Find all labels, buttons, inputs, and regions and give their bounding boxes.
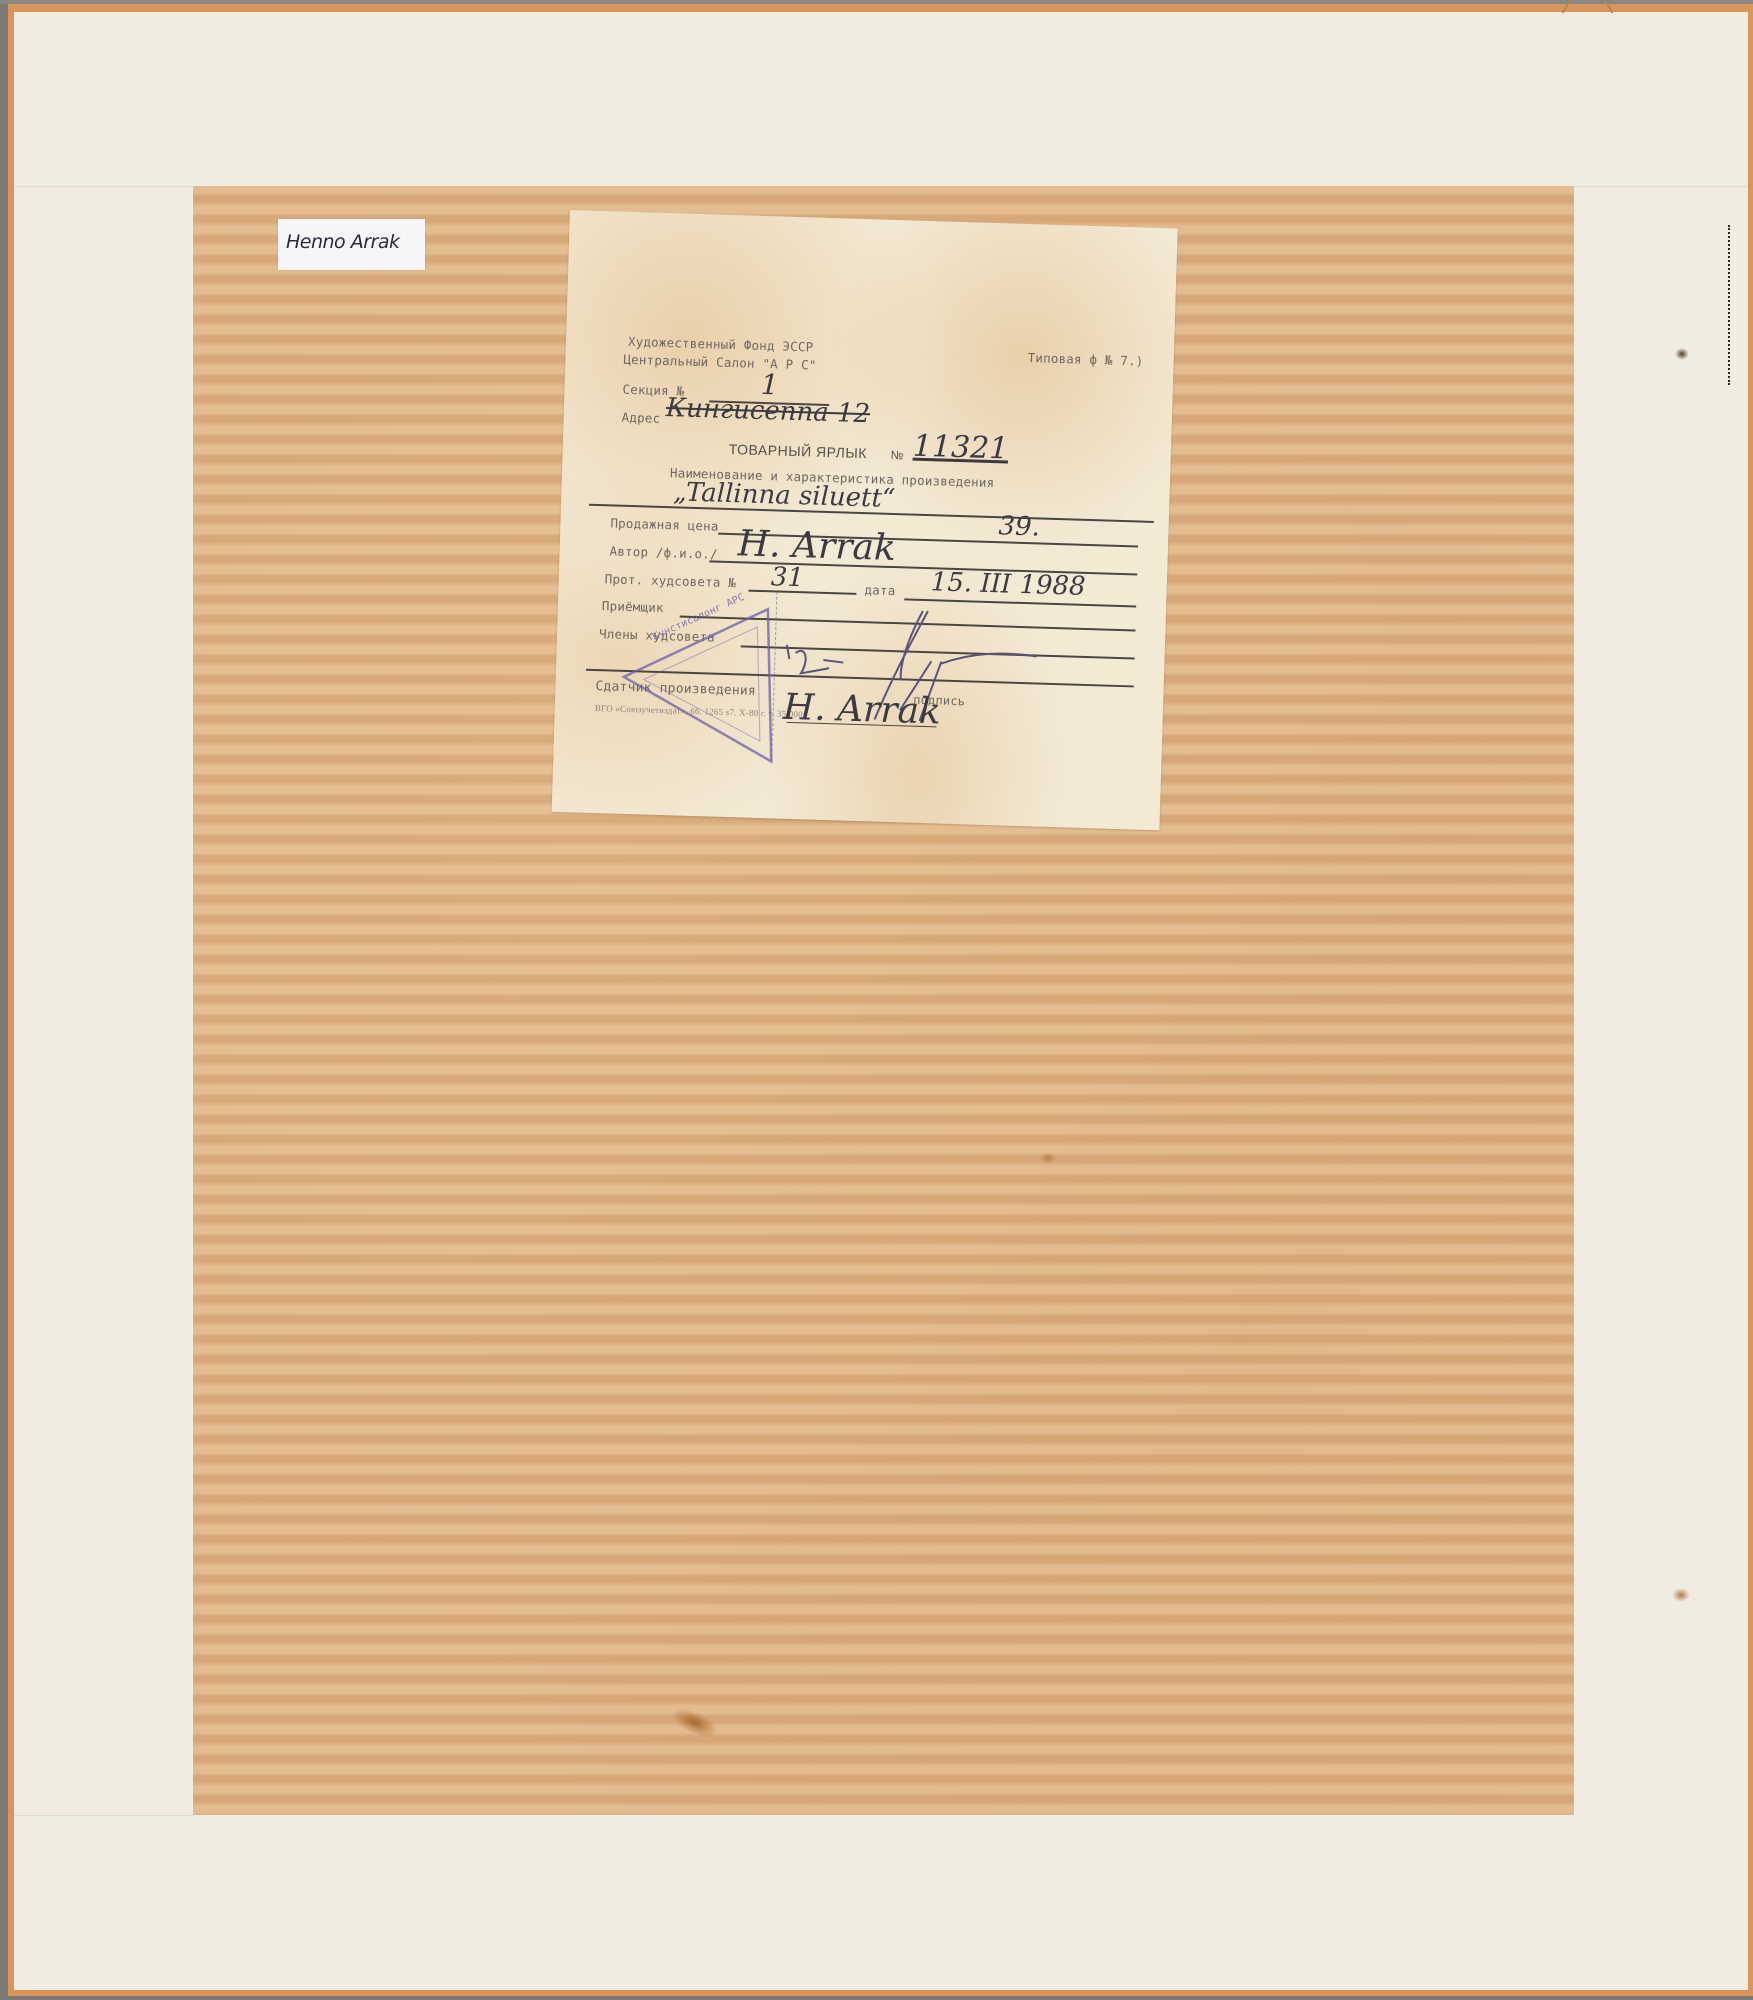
address-value: Кингисеппа 12 [666, 393, 871, 429]
address-label: Адрес [621, 410, 660, 426]
author-value: H. Arrak [737, 523, 896, 569]
org-line-2: Центральный Салон "А Р С" [623, 352, 817, 373]
artist-name: Henno Arrak [286, 231, 400, 253]
form-type: Типовая ф № 7.) [1027, 350, 1143, 369]
number-label: № [890, 448, 904, 462]
org-line-1: Художественный Фонд ЭССР [628, 334, 814, 355]
torn-edge-mark [1728, 225, 1733, 385]
signature-value: H. Arrak [782, 687, 941, 733]
date-value: 15. III 1988 [930, 567, 1086, 602]
stain-mark [1675, 348, 1689, 360]
author-label: Автор /ф.и.о./ [609, 543, 718, 561]
date-label: дата [864, 582, 895, 598]
price-label: Продажная цена [610, 515, 719, 533]
council-protocol-label: Прот. худсовета № [605, 571, 737, 590]
label-number-value: 11321 [912, 429, 1008, 467]
stamp-icon [613, 597, 788, 772]
stain-mark [1672, 1588, 1690, 1602]
tape-seam [14, 186, 193, 187]
council-protocol-value: 31 [770, 562, 804, 593]
stain-mark [1040, 1152, 1056, 1164]
artist-name-tag: Henno Arrak [278, 219, 425, 270]
goods-label-document: Художественный Фонд ЭССР Центральный Сал… [552, 210, 1178, 830]
tape-seam [1574, 186, 1748, 187]
price-value: 39. [998, 511, 1040, 542]
tape-seam [14, 1815, 193, 1816]
label-title: ТОВАРНЫЙ ЯРЛЫК [729, 441, 868, 461]
